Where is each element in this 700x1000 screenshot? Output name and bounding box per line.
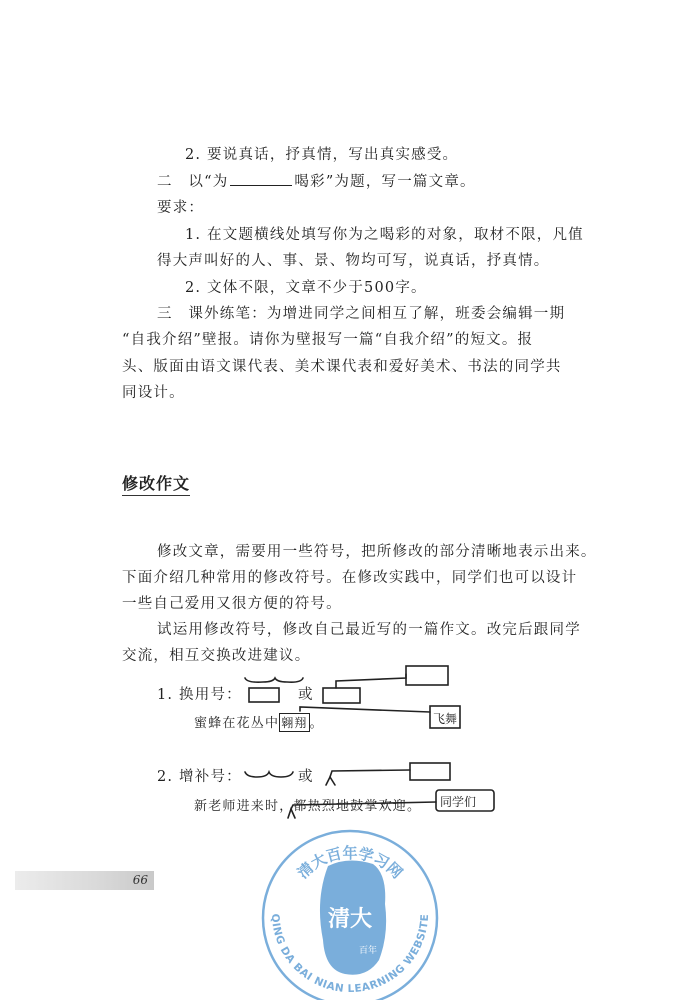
watermark-stamp-icon: 清大百年学习网 QING DA BAI NIAN LEARNING WEBSIT…	[258, 828, 442, 1000]
task-2-prefix: 二 以“为	[157, 174, 228, 190]
requirement-1-line-2: 得大声叫好的人、事、景、物均可写，说真话，抒真情。	[157, 249, 550, 270]
insert-symbol-drawing-icon: 同学们	[240, 755, 510, 825]
requirement-1-line-1: 1. 在文题横线处填写你为之喝彩的对象，取材不限，凡值	[185, 223, 584, 244]
task-3-line-2: “自我介绍”壁报。请你为壁报写一篇“自我介绍”的短文。报	[122, 328, 533, 349]
requirement-2-text: 2. 要说真话，抒真情，写出真实感受。	[185, 143, 458, 164]
replace-symbol-drawing-icon: 飞舞	[240, 660, 480, 740]
replacement-word: 飞舞	[433, 711, 457, 726]
page-number: 66	[133, 873, 148, 887]
intro-para-line-1: 修改文章，需要用一些符号，把所修改的部分清晰地表示出来。	[157, 540, 597, 561]
task-2-title: 二 以“为喝彩”为题，写一篇文章。	[157, 170, 476, 191]
task-para-line-1: 试运用修改符号，修改自己最近写的一篇作文。改完后跟同学	[157, 618, 581, 639]
task-3-line-4: 同设计。	[122, 381, 185, 402]
watermark-center-glyph: 清大	[328, 906, 372, 932]
replace-symbol-label: 1. 换用号：	[157, 683, 242, 704]
requirement-2b-text: 2. 文体不限，文章不少于500字。	[185, 276, 427, 297]
task-2-suffix: 喝彩”为题，写一篇文章。	[294, 174, 475, 190]
insert-symbol-label: 2. 增补号：	[157, 765, 242, 786]
title-blank-line	[230, 172, 292, 186]
page-number-bar: 66	[15, 871, 154, 890]
requirements-label: 要求：	[157, 196, 204, 217]
task-3-line-3: 头、版面由语文课代表、美术课代表和爱好美术、书法的同学共	[122, 355, 562, 376]
section-heading: 修改作文	[122, 471, 190, 496]
intro-para-line-3: 一些自己爱用又很方便的符号。	[122, 592, 342, 613]
insertion-word: 同学们	[440, 795, 476, 809]
task-3-line-1: 三 课外练笔：为增进同学之间相互了解，班委会编辑一期	[157, 302, 565, 323]
intro-para-line-2: 下面介绍几种常用的修改符号。在修改实践中，同学们也可以设计	[122, 566, 577, 587]
watermark-seal-text: 百年	[359, 944, 377, 956]
